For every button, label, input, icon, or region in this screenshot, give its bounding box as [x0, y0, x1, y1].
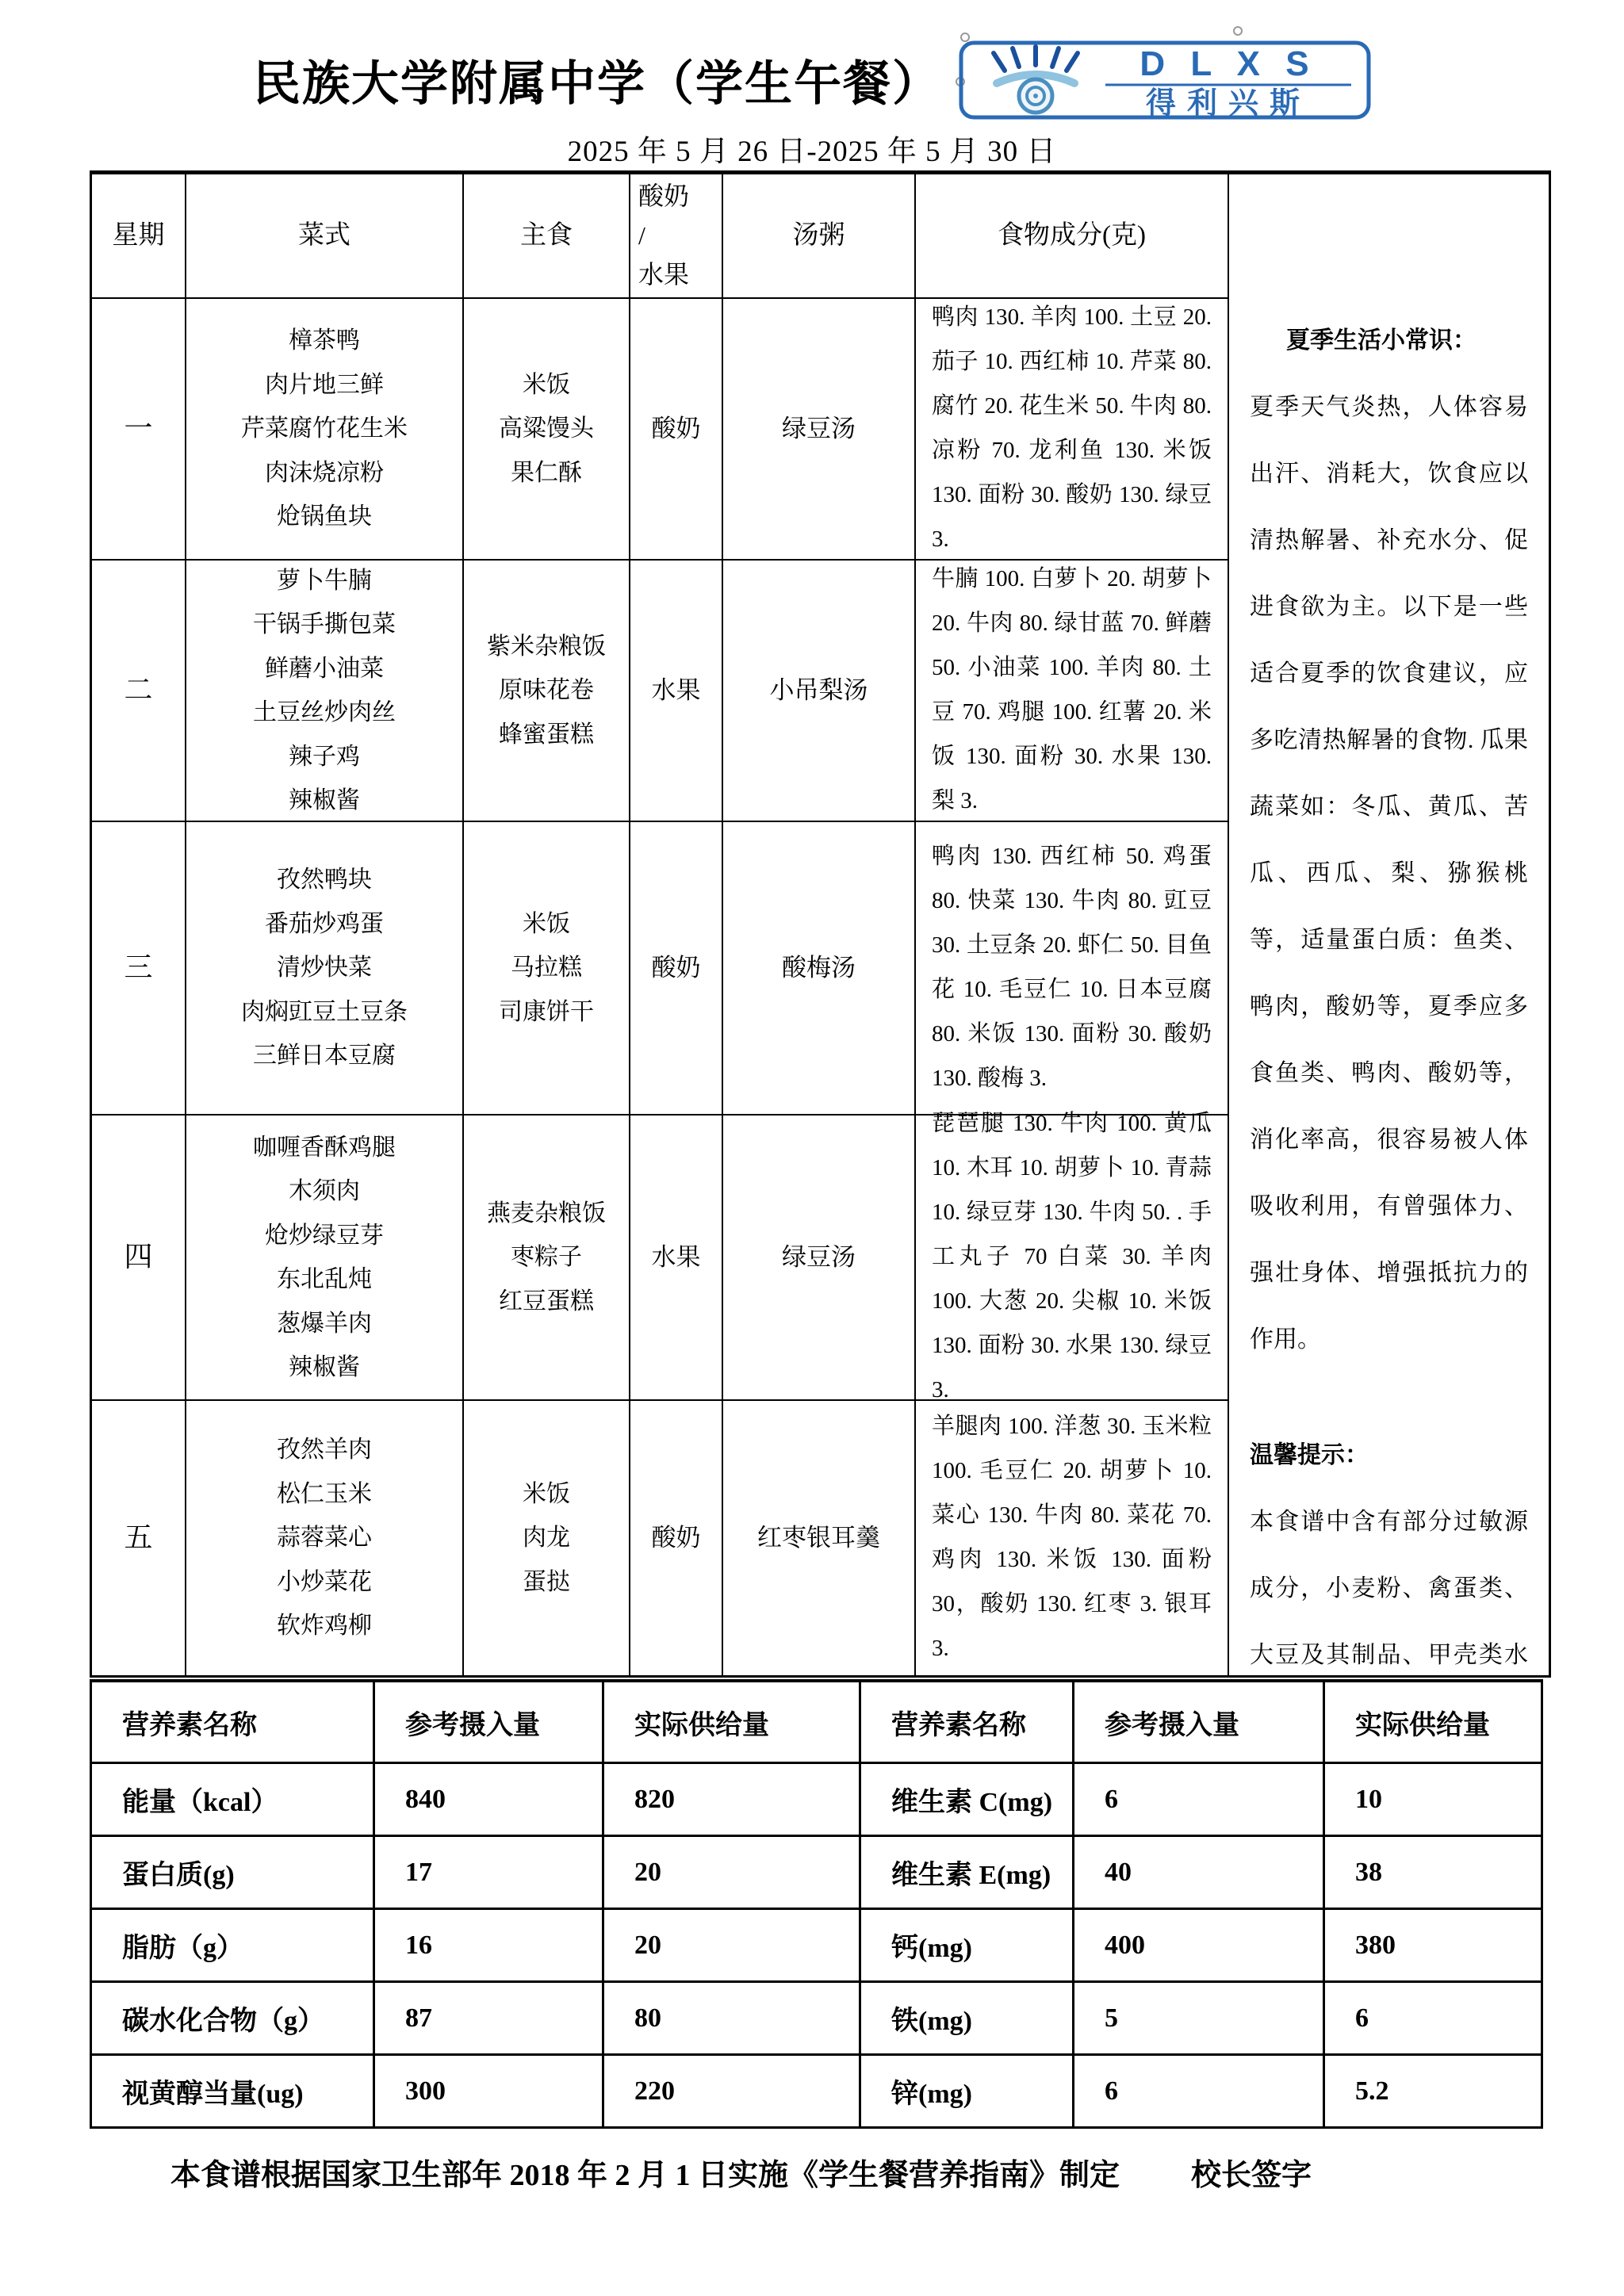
composition-cell: 鸭肉 130. 西红柿 50. 鸡蛋 80. 快菜 130. 牛肉 80. 豇豆…	[914, 821, 1228, 1114]
actual-value: 10	[1323, 1762, 1541, 1835]
summer-tips-title: 夏季生活小常识：	[1250, 308, 1528, 374]
page-title: 民族大学附属中学（学生午餐）	[253, 46, 941, 114]
actual-value: 220	[602, 2053, 859, 2126]
composition-text: 羊腿肉 100. 洋葱 30. 玉米粒 100. 毛豆仁 20. 胡萝卜 10.…	[932, 1405, 1212, 1671]
nutrient-name: 蛋白质(g)	[92, 1835, 373, 1908]
document-header: 民族大学附属中学（学生午餐） D L X S 得利兴斯	[0, 36, 1624, 124]
soup-value: 绿豆汤	[722, 297, 914, 559]
reference-value: 6	[1072, 2053, 1323, 2126]
dishes-list: 萝卜牛腩 干锅手撕包菜 鲜蘑小油菜 土豆丝炒肉丝 辣子鸡 辣椒酱	[185, 559, 462, 821]
footer: 本食谱根据国家卫生部年 2018 年 2 月 1 日实施《学生餐营养指南》制定 …	[170, 2150, 1312, 2194]
composition-cell: 羊腿肉 100. 洋葱 30. 玉米粒 100. 毛豆仁 20. 胡萝卜 10.…	[914, 1399, 1228, 1675]
principal-signature-label: 校长签字	[1191, 2150, 1312, 2194]
column-header-soup: 汤粥	[722, 174, 914, 297]
reference-value: 6	[1072, 1762, 1323, 1835]
column-header-dairy-fruit: 酸奶 / 水果	[629, 174, 722, 297]
dairy-fruit-value: 水果	[629, 1114, 722, 1399]
nutrient-name: 脂肪（g）	[92, 1908, 373, 1980]
reference-value: 40	[1072, 1835, 1323, 1908]
nutrient-header: 营养素名称	[859, 1682, 1072, 1762]
reference-value: 5	[1072, 1980, 1323, 2053]
side-notes-panel: 夏季生活小常识： 夏季天气炎热，人体容易出汗、消耗大，饮食应以 清热解暑、补充水…	[1228, 174, 1549, 1675]
actual-value: 20	[602, 1908, 859, 1980]
actual-value: 80	[602, 1980, 859, 2053]
soup-value: 酸梅汤	[722, 821, 914, 1114]
column-header-staple: 主食	[462, 174, 629, 297]
reference-intake-header: 参考摄入量	[373, 1682, 602, 1762]
weekly-menu-table: 星期 菜式 主食 酸奶 / 水果 汤粥 食物成分(克) 夏季生活小常识： 夏季天…	[90, 170, 1551, 1678]
soup-value: 小吊梨汤	[722, 559, 914, 821]
composition-text: 琵琶腿 130. 牛肉 100. 黄瓜 10. 木耳 10. 胡萝卜 10. 青…	[932, 1102, 1212, 1413]
day-label: 五	[92, 1399, 185, 1675]
actual-supply-header: 实际供给量	[1323, 1682, 1541, 1762]
actual-value: 820	[602, 1762, 859, 1835]
dairy-fruit-value: 酸奶	[629, 821, 722, 1114]
staples-list: 燕麦杂粮饭 枣粽子 红豆蛋糕	[462, 1114, 629, 1399]
nutrient-name: 碳水化合物（g）	[92, 1980, 373, 2053]
dairy-fruit-value: 酸奶	[629, 1399, 722, 1675]
composition-cell: 鸭肉 130. 羊肉 100. 土豆 20. 茄子 10. 西红柿 10. 芹菜…	[914, 297, 1228, 559]
reference-value: 400	[1072, 1908, 1323, 1980]
reference-value: 840	[373, 1762, 602, 1835]
logo-spiral-eye-icon	[1019, 79, 1052, 113]
composition-text: 牛腩 100. 白萝卜 20. 胡萝卜 20. 牛肉 80. 绿甘蓝 70. 鲜…	[932, 557, 1212, 824]
dishes-list: 孜然鸭块 番茄炒鸡蛋 清炒快菜 肉焖豇豆土豆条 三鲜日本豆腐	[185, 821, 462, 1114]
day-label: 四	[92, 1114, 185, 1399]
nutrient-name: 锌(mg)	[859, 2053, 1072, 2126]
dishes-list: 咖喱香酥鸡腿 木须肉 炝炒绿豆芽 东北乱炖 葱爆羊肉 辣椒酱	[185, 1114, 462, 1399]
date-range: 2025 年 5 月 26 日-2025 年 5 月 30 日	[0, 127, 1624, 170]
actual-value: 6	[1323, 1980, 1541, 2053]
staples-list: 紫米杂粮饭 原味花卷 蜂蜜蛋糕	[462, 559, 629, 821]
nutrient-name: 视黄醇当量(ug)	[92, 2053, 373, 2126]
footer-basis-text: 本食谱根据国家卫生部年 2018 年 2 月 1 日实施《学生餐营养指南》制定	[170, 2150, 1120, 2194]
dishes-list: 樟茶鸭 肉片地三鲜 芹菜腐竹花生米 肉沫烧凉粉 炝锅鱼块	[185, 297, 462, 559]
nutrient-name: 维生素 C(mg)	[859, 1762, 1072, 1835]
column-header-week: 星期	[92, 174, 185, 297]
staples-list: 米饭 高粱馒头 果仁酥	[462, 297, 629, 559]
nutrition-table: 营养素名称 参考摄入量 实际供给量 营养素名称 参考摄入量 实际供给量 能量（k…	[90, 1679, 1543, 2129]
composition-text: 鸭肉 130. 西红柿 50. 鸡蛋 80. 快菜 130. 牛肉 80. 豇豆…	[932, 835, 1212, 1101]
selection-handle-icon	[961, 33, 969, 41]
reference-value: 16	[373, 1908, 602, 1980]
reference-intake-header: 参考摄入量	[1072, 1682, 1323, 1762]
nutrient-name: 维生素 E(mg)	[859, 1835, 1072, 1908]
column-header-composition: 食物成分(克)	[914, 174, 1228, 297]
day-label: 一	[92, 297, 185, 559]
logo-letters: D L X S	[1139, 44, 1316, 83]
actual-value: 38	[1323, 1835, 1541, 1908]
composition-text: 鸭肉 130. 羊肉 100. 土豆 20. 茄子 10. 西红柿 10. 芹菜…	[932, 296, 1212, 562]
nutrient-name: 钙(mg)	[859, 1908, 1072, 1980]
day-label: 二	[92, 559, 185, 821]
actual-value: 20	[602, 1835, 859, 1908]
actual-value: 5.2	[1323, 2053, 1541, 2126]
composition-cell: 琵琶腿 130. 牛肉 100. 黄瓜 10. 木耳 10. 胡萝卜 10. 青…	[914, 1114, 1228, 1399]
reference-value: 87	[373, 1980, 602, 2053]
dairy-fruit-value: 酸奶	[629, 297, 722, 559]
logo-company-name: 得利兴斯	[1146, 87, 1311, 121]
composition-cell: 牛腩 100. 白萝卜 20. 胡萝卜 20. 牛肉 80. 绿甘蓝 70. 鲜…	[914, 559, 1228, 821]
summer-tips-body: 夏季天气炎热，人体容易出汗、消耗大，饮食应以 清热解暑、补充水分、促进食欲为主。…	[1250, 374, 1528, 1373]
nutrient-name: 铁(mg)	[859, 1980, 1072, 2053]
reference-value: 17	[373, 1835, 602, 1908]
dishes-list: 孜然羊肉 松仁玉米 蒜蓉菜心 小炒菜花 软炸鸡柳	[185, 1399, 462, 1675]
staples-list: 米饭 马拉糕 司康饼干	[462, 821, 629, 1114]
nutrient-name: 能量（kcal）	[92, 1762, 373, 1835]
soup-value: 绿豆汤	[722, 1114, 914, 1399]
soup-value: 红枣银耳羹	[722, 1399, 914, 1675]
day-label: 三	[92, 821, 185, 1114]
company-logo: D L X S 得利兴斯	[959, 40, 1371, 120]
staples-list: 米饭 肉龙 蛋挞	[462, 1399, 629, 1675]
nutrient-header: 营养素名称	[92, 1682, 373, 1762]
actual-supply-header: 实际供给量	[602, 1682, 859, 1762]
logo-rays-icon	[994, 47, 1078, 71]
allergy-notice-title: 温馨提示：	[1250, 1422, 1528, 1489]
reference-value: 300	[373, 2053, 602, 2126]
dairy-fruit-value: 水果	[629, 559, 722, 821]
actual-value: 380	[1323, 1908, 1541, 1980]
column-header-dishes: 菜式	[185, 174, 462, 297]
selection-handle-icon	[1234, 27, 1242, 35]
